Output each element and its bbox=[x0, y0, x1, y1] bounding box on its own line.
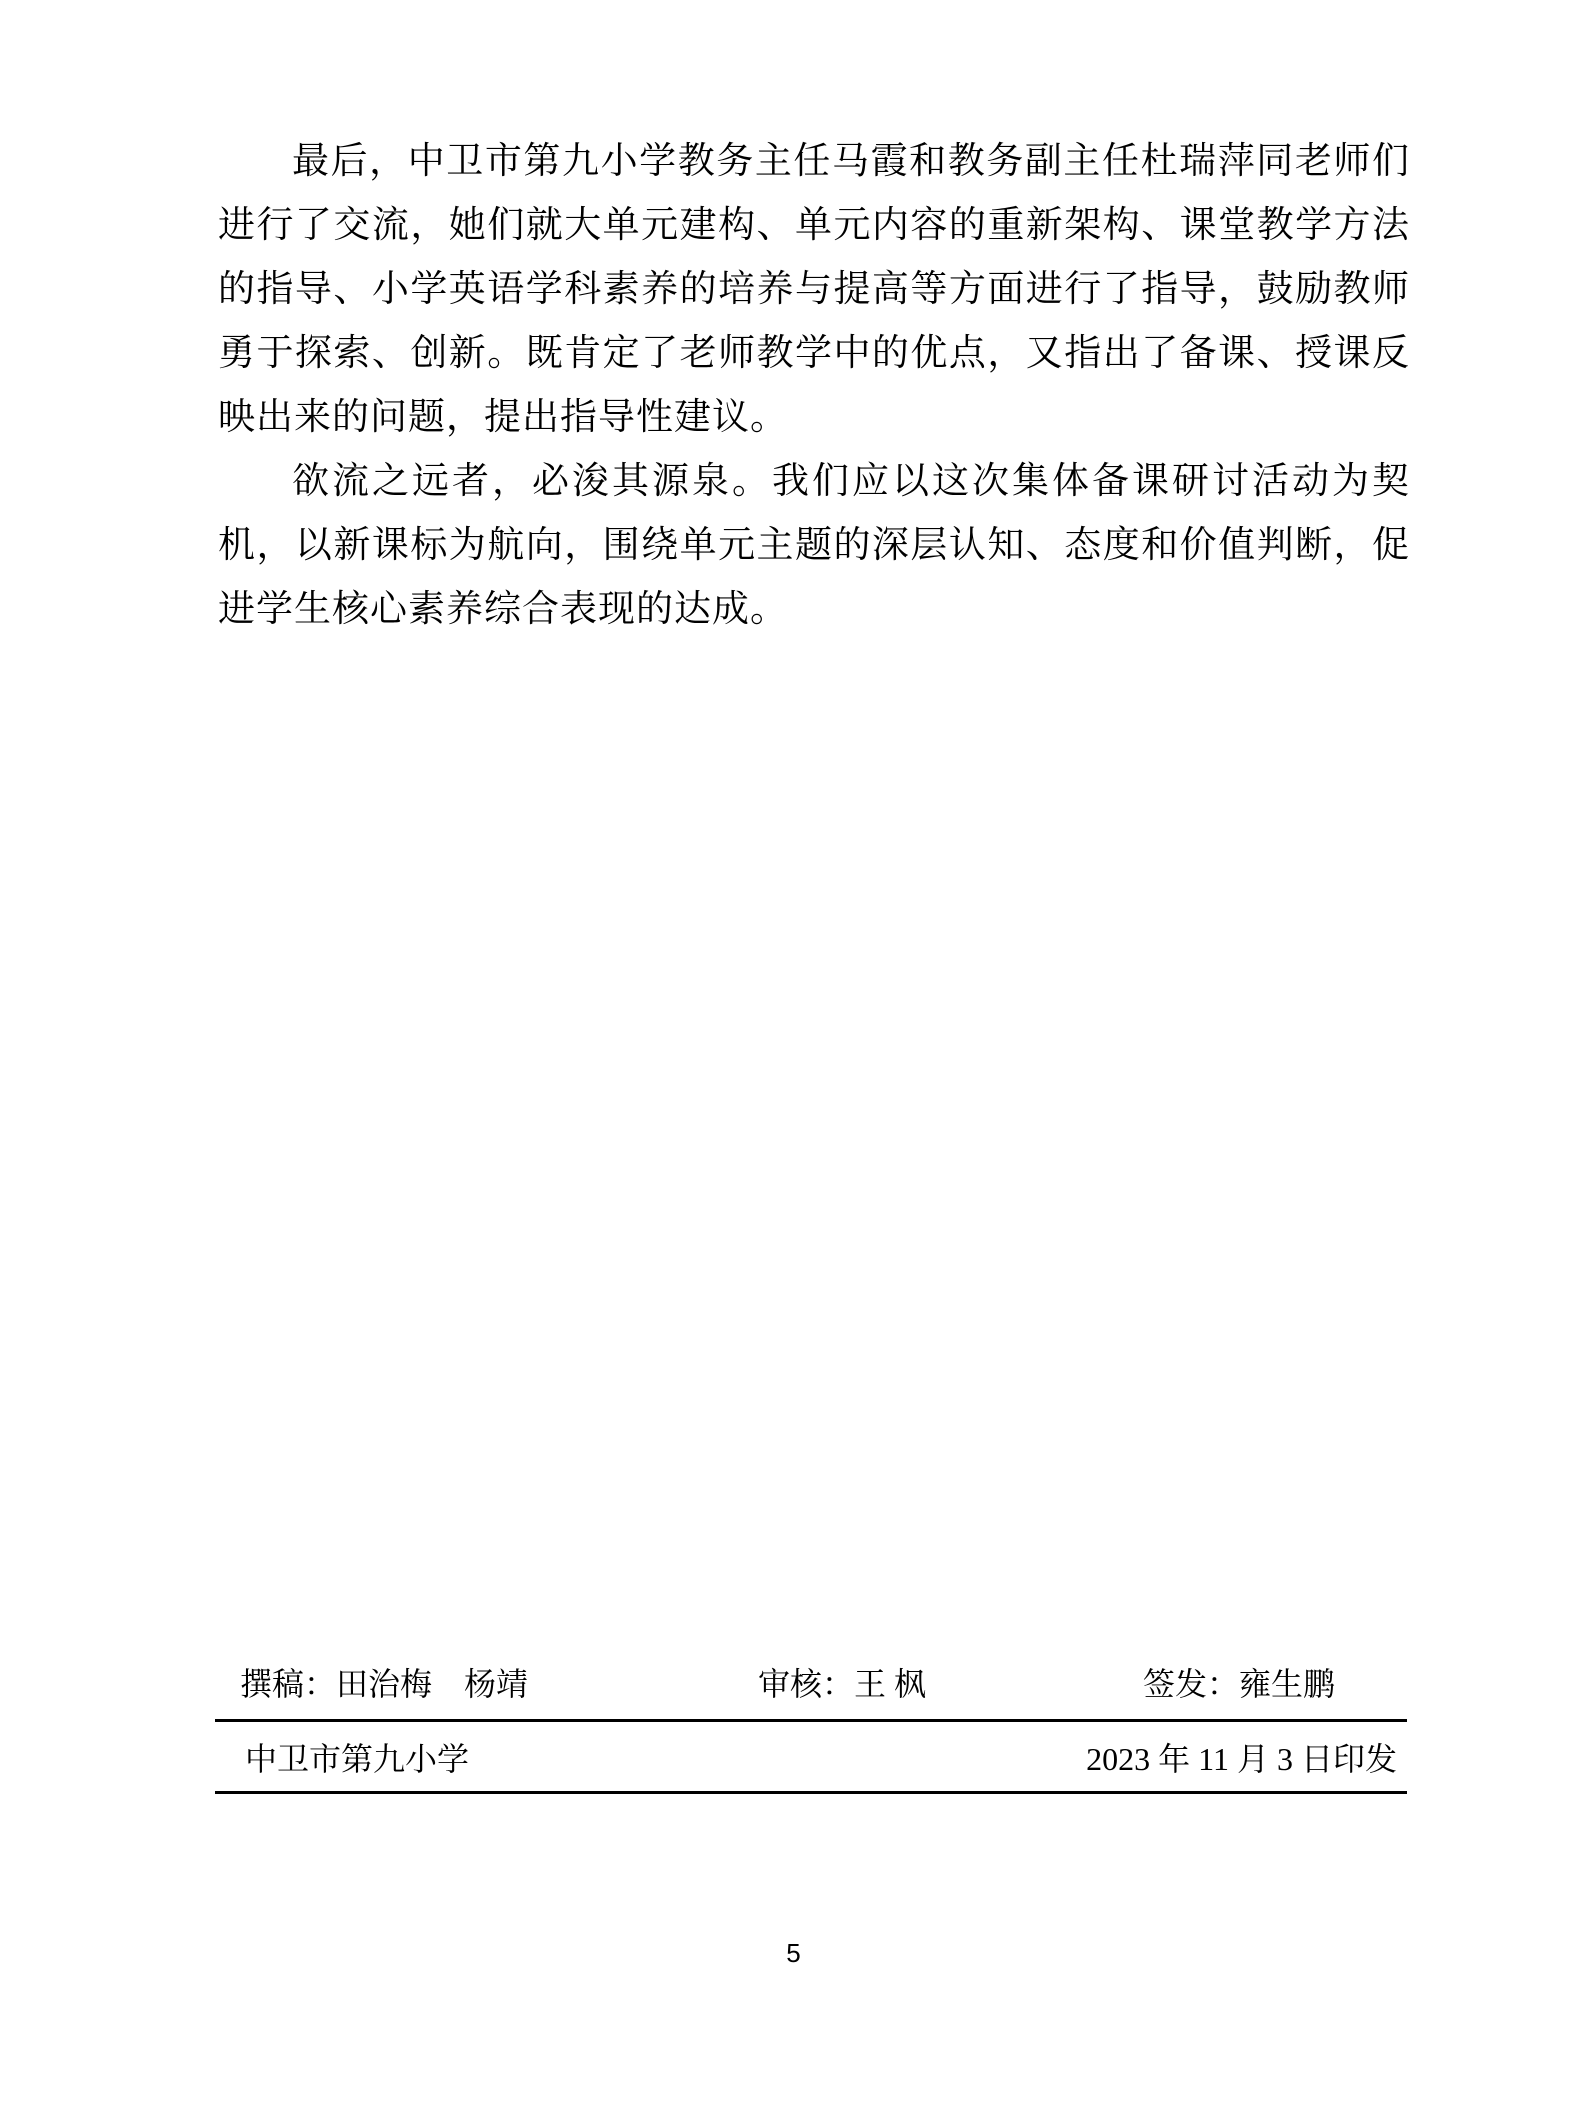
issue-date: 2023 年 11 月 3 日印发 bbox=[1086, 1734, 1397, 1784]
divider-bottom bbox=[215, 1791, 1407, 1794]
document-body: 最后，中卫市第九小学教务主任马霞和教务副主任杜瑞萍同老师们进行了交流，她们就大单… bbox=[218, 130, 1410, 642]
paragraph-conclusion: 欲流之远者，必浚其源泉。我们应以这次集体备课研讨活动为契机，以新课标为航向，围绕… bbox=[218, 450, 1410, 642]
imprint-row: 中卫市第九小学 2023 年 11 月 3 日印发 bbox=[215, 1734, 1407, 1784]
issuer-field: 签发：雍生鹏 bbox=[1143, 1662, 1335, 1706]
page-number: 5 bbox=[0, 1936, 1587, 1970]
issuing-organization: 中卫市第九小学 bbox=[245, 1734, 469, 1784]
document-page: 最后，中卫市第九小学教务主任马霞和教务副主任杜瑞萍同老师们进行了交流，她们就大单… bbox=[0, 0, 1587, 2101]
divider-top bbox=[215, 1719, 1407, 1722]
paragraph-closing-remarks: 最后，中卫市第九小学教务主任马霞和教务副主任杜瑞萍同老师们进行了交流，她们就大单… bbox=[218, 130, 1410, 450]
drafter-field: 撰稿：田治梅 杨靖 bbox=[240, 1662, 528, 1706]
reviewer-field: 审核：王 枫 bbox=[758, 1662, 926, 1706]
